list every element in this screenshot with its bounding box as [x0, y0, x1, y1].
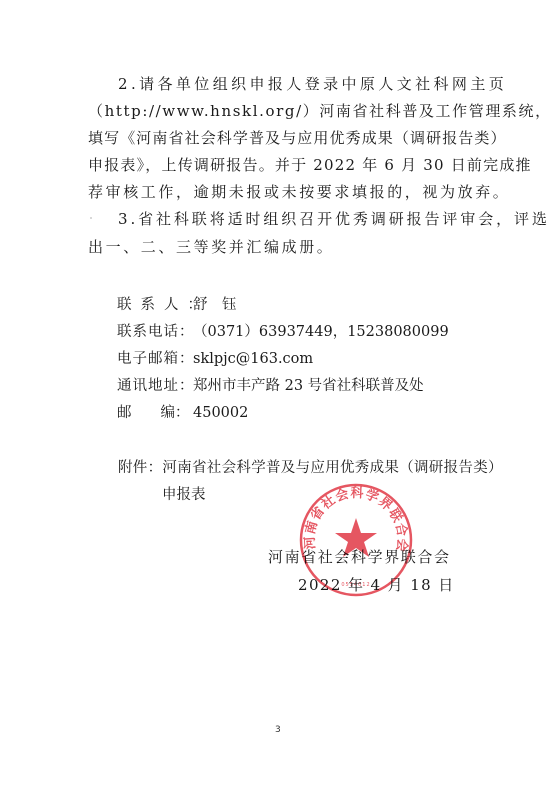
- contact-email-value: sklpjc@163.com: [193, 351, 313, 367]
- contact-postcode-value: 450002: [193, 405, 248, 421]
- paragraph-2-line-1: 2.请各单位组织申报人登录中原人文社科网主页: [118, 75, 507, 93]
- contact-address: 通讯地址：郑州市丰产路 23 号省社科联普及处: [117, 377, 424, 395]
- official-seal-icon: 河南省社会科学界联合会 0554012: [298, 482, 414, 598]
- contact-phone: 联系电话：（0371）63937449，15238080099: [117, 323, 449, 341]
- contact-email: 电子邮箱：sklpjc@163.com: [117, 350, 313, 368]
- contact-person-label: 联系人：: [117, 296, 193, 314]
- contact-email-label: 电子邮箱：: [117, 350, 193, 368]
- contact-postcode: 邮 编：450002: [117, 404, 248, 422]
- paragraph-2-line-5: 荐审核工作，逾期未报或未按要求填报的，视为放弃。: [88, 183, 510, 201]
- paragraph-3-line-2: 出一、二、三等奖并汇编成册。: [88, 238, 334, 256]
- contact-person: 联系人：舒 钰: [117, 296, 237, 314]
- paragraph-2-line-2: （http://www.hnskl.org/）河南省社科普及工作管理系统，: [88, 102, 552, 120]
- attachment-label: 附件：: [118, 460, 162, 476]
- paragraph-2-line-4: 申报表》，上传调研报告。并于 2022 年 6 月 30 日前完成推: [88, 156, 532, 174]
- paragraph-3-line-1: 3.省社科联将适时组织召开优秀调研报告评审会，评选: [118, 210, 550, 228]
- page-number: 3: [275, 725, 281, 735]
- svg-text:0554012: 0554012: [341, 582, 370, 588]
- contact-postcode-label: 邮 编：: [117, 404, 193, 422]
- contact-phone-value: （0371）63937449，15238080099: [193, 324, 449, 340]
- contact-phone-label: 联系电话：: [117, 323, 193, 341]
- contact-person-value: 舒 钰: [193, 297, 237, 313]
- contact-address-value: 郑州市丰产路 23 号省社科联普及处: [193, 378, 424, 394]
- attachment-title: 河南省社会科学普及与应用优秀成果（调研报告类）: [162, 460, 502, 476]
- paragraph-2-line-3: 填写《河南省社会科学普及与应用优秀成果（调研报告类）: [88, 129, 507, 147]
- attachment-line-1: 附件：河南省社会科学普及与应用优秀成果（调研报告类）: [118, 459, 503, 477]
- scan-speck: [90, 217, 92, 219]
- attachment-line-2: 申报表: [162, 486, 206, 504]
- contact-address-label: 通讯地址：: [117, 377, 193, 395]
